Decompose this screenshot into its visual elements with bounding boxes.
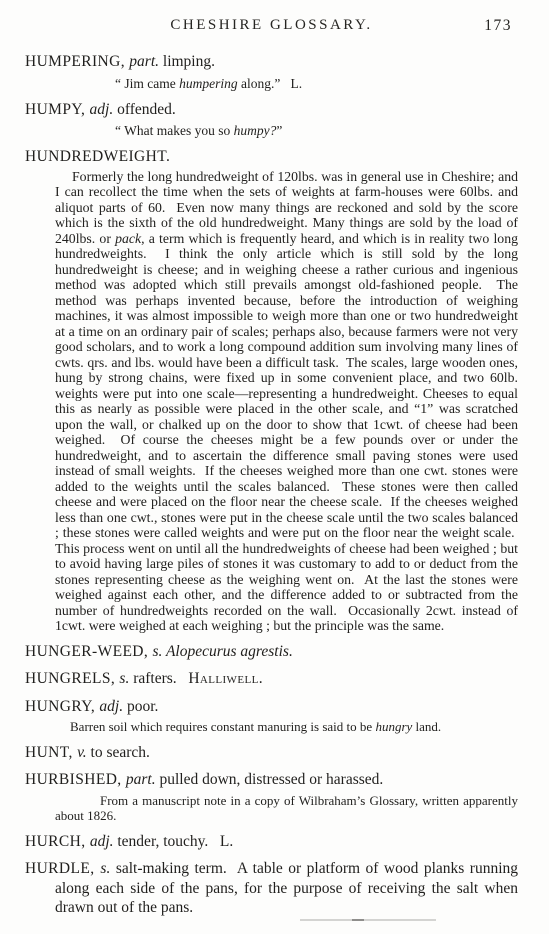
- text-segment: salt-making term. A table or platform of…: [55, 860, 518, 916]
- text-segment: HUMPERING,: [25, 53, 129, 70]
- text-segment: tender, touchy. L.: [114, 833, 234, 850]
- text-segment: humpy?: [234, 123, 277, 138]
- text-segment: adj.: [99, 698, 123, 715]
- text-segment: to search.: [87, 744, 150, 761]
- page-number: 173: [484, 17, 512, 35]
- text-segment: rafters.: [129, 670, 188, 687]
- paragraph-hundredweight: Formerly the long hundredweight of 120lb…: [55, 169, 518, 634]
- entry-hurdle: HURDLE, s. salt-making term. A table or …: [25, 859, 518, 918]
- running-head: CHESHIRE GLOSSARY.: [170, 17, 372, 33]
- entry-hundredweight: HUNDREDWEIGHT.: [25, 147, 518, 167]
- entry-hurbished: HURBISHED, part. pulled down, distressed…: [25, 770, 518, 790]
- text-segment: From a manuscript note in a copy of Wilb…: [55, 793, 518, 824]
- entry-humpy: HUMPY, adj. offended.: [25, 100, 518, 120]
- entry-hurch: HURCH, adj. tender, touchy. L.: [25, 832, 518, 852]
- text-segment: s.: [100, 860, 110, 877]
- text-segment: HUNGRELS,: [25, 670, 119, 687]
- text-segment: HURBISHED,: [25, 771, 126, 788]
- text-segment: poor.: [123, 698, 158, 715]
- text-segment: HUNGRY,: [25, 698, 99, 715]
- entry-hunt: HUNT, v. to search.: [25, 743, 518, 763]
- text-segment: adj.: [90, 101, 114, 118]
- quote-humpering: “ Jim came humpering along.” L.: [115, 76, 518, 92]
- text-segment: HUNT,: [25, 744, 77, 761]
- entry-humpering: HUMPERING, part. limping.: [25, 52, 518, 72]
- text-segment: “ What makes you so: [115, 123, 234, 138]
- text-segment: adj.: [90, 833, 114, 850]
- text-segment: humpering: [179, 76, 238, 91]
- text-segment: HURCH,: [25, 833, 90, 850]
- text-segment: Halliwell.: [188, 670, 263, 687]
- text-segment: “ Jim came: [115, 76, 179, 91]
- text-segment: HUNGER-WEED,: [25, 643, 152, 660]
- entries: HUMPERING, part. limping.“ Jim came hump…: [25, 52, 518, 918]
- text-segment: ”: [276, 123, 282, 138]
- text-segment: HURDLE,: [25, 860, 100, 877]
- text-segment: HUNDREDWEIGHT.: [25, 148, 170, 165]
- text-segment: offended.: [113, 101, 176, 118]
- text-segment: Barren soil which requires constant manu…: [70, 719, 375, 734]
- entry-hunger-weed: HUNGER-WEED, s. Alopecurus agrestis.: [25, 642, 518, 662]
- text-segment: part.: [129, 53, 159, 70]
- glossary-page: CHESHIRE GLOSSARY. 173 HUMPERING, part. …: [0, 0, 549, 918]
- text-segment: s.: [119, 670, 129, 687]
- text-segment: part.: [126, 771, 156, 788]
- note-hungry: Barren soil which requires constant manu…: [55, 719, 518, 735]
- text-segment: limping.: [159, 53, 215, 70]
- text-segment: HUMPY,: [25, 101, 90, 118]
- quote-humpy: “ What makes you so humpy?”: [115, 123, 518, 139]
- text-segment: pulled down, distressed or harassed.: [156, 771, 384, 788]
- text-segment: land.: [412, 719, 441, 734]
- text-segment: along.” L.: [238, 76, 302, 91]
- entry-hungry: HUNGRY, adj. poor.: [25, 697, 518, 717]
- text-segment: pack: [115, 231, 141, 246]
- scan-artifact-line: [300, 919, 436, 921]
- entry-hungrels: HUNGRELS, s. rafters. Halliwell.: [25, 669, 518, 689]
- text-segment: , a term which is frequently heard, and …: [55, 231, 518, 634]
- note-hurbished: From a manuscript note in a copy of Wilb…: [55, 793, 518, 824]
- page-header: CHESHIRE GLOSSARY. 173: [25, 17, 518, 39]
- text-segment: v.: [77, 744, 87, 761]
- text-segment: hungry: [375, 719, 412, 734]
- text-segment: s. Alopecurus agrestis.: [152, 643, 292, 660]
